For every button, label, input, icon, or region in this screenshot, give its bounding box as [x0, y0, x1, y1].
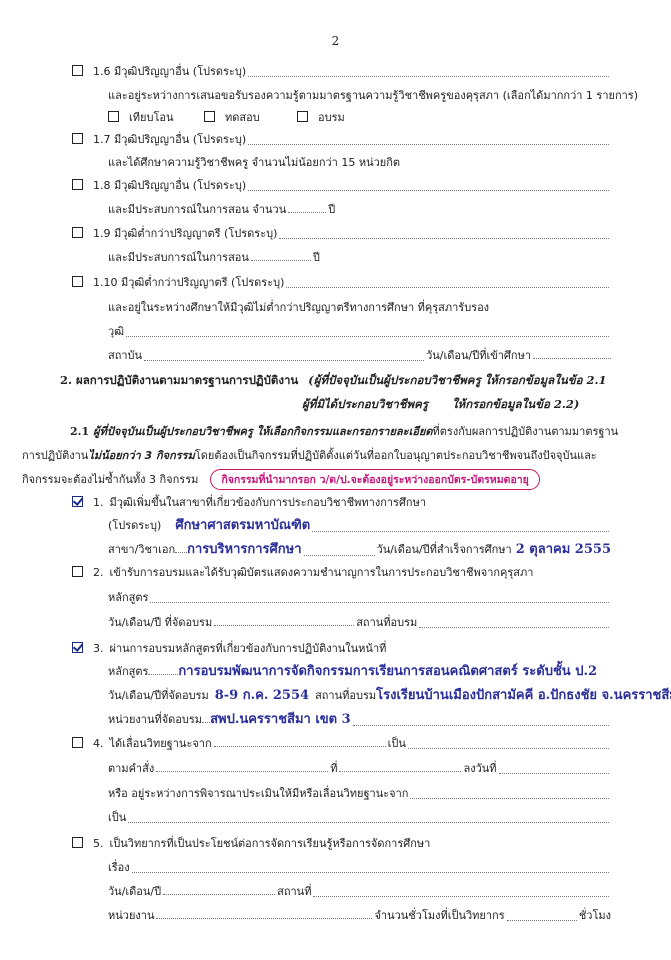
- item-1-9-detail: และมีประสบการณ์ในการสอน: [108, 248, 249, 266]
- activity-5-topic-row: เรื่อง: [108, 858, 611, 876]
- page-number: 2: [0, 34, 671, 48]
- activity-4-at-label: ที่: [330, 759, 337, 777]
- item-1-6-options: เทียบโอน ทดสอบ อบรม: [108, 108, 345, 126]
- sub-2-1-num: 2.1: [70, 425, 89, 438]
- activity-2-date-label: วัน/เดือน/ปี ที่จัดอบรม: [108, 613, 212, 631]
- sub-2-1-line2-a: การปฏิบัติงาน: [22, 446, 88, 464]
- activity-4-order-field[interactable]: [156, 771, 328, 772]
- option-training-label: อบรม: [318, 108, 345, 126]
- item-1-10-degree-row: วุฒิ: [108, 322, 611, 340]
- checkbox-transfer[interactable]: [108, 111, 119, 122]
- activity-2-date-field[interactable]: [214, 625, 354, 626]
- activity-1-major-row: สาขา/วิชาเอก การบริหารการศึกษา วัน/เดือน…: [108, 538, 611, 559]
- activity-4-pending-field[interactable]: [410, 797, 609, 799]
- activity-3: 3. ผ่านการอบรมหลักสูตรที่เกี่ยวข้องกับกา…: [72, 639, 386, 657]
- item-1-10-field[interactable]: [286, 286, 609, 288]
- activity-5-date-field[interactable]: [163, 894, 275, 895]
- item-1-10-detail: และอยู่ในระหว่างศึกษาให้มีวุฒิไม่ต่ำกว่า…: [108, 298, 489, 316]
- activity-3-num: 3.: [93, 642, 104, 655]
- sub-2-1-bold: ผู้ที่ปัจจุบันเป็นผู้ประกอบวิชาชีพครู ให…: [93, 422, 432, 440]
- item-1-6: 1.6 มีวุฒิปริญญาอื่น (โปรดระบุ): [72, 62, 611, 80]
- section-2-note-2a: ผู้ที่มิได้ประกอบวิชาชีพครู: [302, 396, 430, 414]
- checkbox-activity-1[interactable]: [72, 496, 83, 507]
- activity-5-hours-unit: ชั่วโมง: [579, 906, 611, 924]
- activity-3-place-value[interactable]: โรงเรียนบ้านเมืองปักสามัคคี อ.ปักธงชัย จ…: [376, 684, 671, 705]
- degree-field[interactable]: [126, 335, 609, 337]
- activity-4-dated-label: ลงวันที่: [463, 759, 496, 777]
- option-test-label: ทดสอบ: [225, 108, 297, 126]
- item-1-8-field[interactable]: [248, 189, 609, 191]
- option-transfer-label: เทียบโอน: [129, 108, 204, 126]
- checkbox-1-9[interactable]: [72, 227, 83, 238]
- institution-field[interactable]: [144, 359, 424, 361]
- item-1-9-years-unit: ปี: [313, 248, 320, 266]
- activity-3-course-row: หลักสูตร การอบรมพัฒนาการจัดกิจกรรมการเรี…: [108, 660, 611, 681]
- dotted-line: [353, 724, 609, 726]
- sub-2-1-row-2: การปฏิบัติงาน ไม่น้อยกว่า 3 กิจกรรม โดยต…: [22, 446, 597, 464]
- activity-3-place-label: สถานที่อบรม: [315, 686, 376, 704]
- activity-4-pending-to-field[interactable]: [128, 821, 609, 823]
- institution-label: สถาบัน: [108, 346, 142, 364]
- section-2-note-1: (ผู้ที่ปัจจุบันเป็นผู้ประกอบวิชาชีพครู ใ…: [308, 372, 606, 390]
- activity-2-course-field[interactable]: [150, 601, 609, 603]
- item-1-7: 1.7 มีวุฒิปริญญาอื่น (โปรดระบุ): [72, 130, 611, 148]
- checkbox-1-8[interactable]: [72, 179, 83, 190]
- enroll-date-label: วัน/เดือน/ปีที่เข้าศึกษา: [426, 346, 531, 364]
- annotation-note: กิจกรรมที่นำมากรอก ว/ด/ป.จะต้องอยู่ระหว่…: [210, 469, 539, 490]
- activity-2-place-field[interactable]: [419, 626, 609, 628]
- dotted-line: [304, 554, 375, 556]
- item-1-6-label: 1.6 มีวุฒิปริญญาอื่น (โปรดระบุ): [93, 62, 246, 80]
- section-2-heading: 2. ผลการปฏิบัติงานตามมาตรฐานการปฏิบัติงา…: [60, 372, 298, 390]
- activity-4-from-field[interactable]: [214, 746, 386, 747]
- item-1-9-field[interactable]: [279, 237, 609, 239]
- activity-1-specify-row: (โปรดระบุ) ศึกษาศาสตรมหาบัณฑิต: [108, 514, 611, 535]
- item-1-7-label: 1.7 มีวุฒิปริญญาอื่น (โปรดระบุ): [93, 130, 246, 148]
- item-1-8-label: 1.8 มีวุฒิปริญญาอื่น (โปรดระบุ): [93, 176, 246, 194]
- activity-1: 1. มีวุฒิเพิ่มขึ้นในสาขาที่เกี่ยวข้องกับ…: [72, 493, 426, 511]
- activity-3-date-row: วัน/เดือน/ปีที่จัดอบรม 8-9 ก.ค. 2554 สถา…: [108, 684, 631, 705]
- item-1-8-detail: และมีประสบการณ์ในการสอน จำนวน: [108, 200, 286, 218]
- item-1-8: 1.8 มีวุฒิปริญญาอื่น (โปรดระบุ): [72, 176, 611, 194]
- activity-3-date-value[interactable]: 8-9 ก.ค. 2554: [215, 684, 309, 705]
- dotted-line: [175, 552, 187, 553]
- dotted-line: [202, 722, 210, 723]
- sub-2-1-rest: ที่ตรงกับผลการปฏิบัติงานตามมาตรฐาน: [433, 422, 619, 440]
- activity-4-to-label: เป็น: [388, 734, 406, 752]
- activity-2-course-row: หลักสูตร: [108, 588, 611, 606]
- item-1-9-label: 1.9 มีวุฒิต่ำกว่าปริญญาตรี (โปรดระบุ): [93, 224, 277, 242]
- sub-2-1-line2-bold: ไม่น้อยกว่า 3 กิจกรรม: [88, 446, 195, 464]
- activity-4-to-field[interactable]: [408, 747, 609, 749]
- item-1-9: 1.9 มีวุฒิต่ำกว่าปริญญาตรี (โปรดระบุ): [72, 224, 611, 242]
- activity-3-date-label: วัน/เดือน/ปีที่จัดอบรม: [108, 686, 209, 704]
- activity-1-title: มีวุฒิเพิ่มขึ้นในสาขาที่เกี่ยวข้องกับการ…: [110, 493, 427, 511]
- activity-2-num: 2.: [93, 566, 104, 579]
- activity-4-order-row: ตามคำสั่ง ที่ ลงวันที่: [108, 759, 611, 777]
- item-1-10: 1.10 มีวุฒิต่ำกว่าปริญญาตรี (โปรดระบุ): [72, 273, 611, 291]
- checkbox-1-10[interactable]: [72, 276, 83, 287]
- checkbox-test[interactable]: [204, 111, 215, 122]
- activity-5-topic-field[interactable]: [132, 871, 609, 873]
- item-1-8-years-field[interactable]: [288, 212, 326, 213]
- sub-2-1-row-3: กิจกรรมจะต้องไม่ซ้ำกันทั้ง 3 กิจกรรม กิจ…: [22, 469, 540, 490]
- sub-2-1-line2-b: โดยต้องเป็นกิจกรรมที่ปฏิบัติตั้งแต่วันที…: [195, 446, 597, 464]
- checkbox-1-6[interactable]: [72, 65, 83, 76]
- item-1-9-years-field[interactable]: [251, 260, 311, 261]
- activity-2-title: เข้ารับการอบรมและได้รับวุฒิบัตรแสดงความช…: [110, 563, 534, 581]
- activity-3-course-value[interactable]: การอบรมพัฒนาการจัดกิจกรรมการเรียนการสอนค…: [178, 660, 597, 681]
- activity-4-title: ได้เลื่อนวิทยฐานะจาก: [110, 734, 212, 752]
- item-1-6-field[interactable]: [248, 75, 609, 77]
- checkbox-activity-5[interactable]: [72, 837, 83, 848]
- activity-5-date-label: วัน/เดือน/ปี: [108, 882, 161, 900]
- activity-1-grad-date-value[interactable]: 2 ตุลาคม 2555: [516, 538, 611, 559]
- activity-4-dated-field[interactable]: [499, 772, 609, 774]
- activity-5-num: 5.: [93, 837, 104, 850]
- activity-5-topic-label: เรื่อง: [108, 858, 130, 876]
- dotted-line: [148, 674, 178, 675]
- activity-2-course-label: หลักสูตร: [108, 588, 148, 606]
- checkbox-1-7[interactable]: [72, 133, 83, 144]
- activity-3-title: ผ่านการอบรมหลักสูตรที่เกี่ยวข้องกับการปฏ…: [110, 639, 387, 657]
- section-2-note-2b: ให้กรอกข้อมูลในข้อ 2.2): [452, 396, 579, 414]
- sub-2-1-line3: กิจกรรมจะต้องไม่ซ้ำกันทั้ง 3 กิจกรรม: [22, 470, 198, 488]
- activity-3-org-value[interactable]: สพป.นครราชสีมา เขต 3: [210, 708, 351, 729]
- activity-5-hours-label: จำนวนชั่วโมงที่เป็นวิทยากร: [374, 906, 504, 924]
- activity-5: 5. เป็นวิทยากรที่เป็นประโยชน์ต่อการจัดกา…: [72, 834, 430, 852]
- activity-1-major-value[interactable]: การบริหารการศึกษา: [187, 538, 301, 559]
- activity-4-pending-to-label: เป็น: [108, 808, 126, 826]
- item-1-10-label: 1.10 มีวุฒิต่ำกว่าปริญญาตรี (โปรดระบุ): [93, 273, 284, 291]
- activity-4: 4. ได้เลื่อนวิทยฐานะจาก เป็น: [72, 734, 611, 752]
- item-1-8-years-unit: ปี: [328, 200, 335, 218]
- activity-2-place-label: สถานที่อบรม: [356, 613, 417, 631]
- activity-1-num: 1.: [93, 496, 104, 509]
- activity-3-org-row: หน่วยงานที่จัดอบรม สพป.นครราชสีมา เขต 3: [108, 708, 611, 729]
- item-1-7-field[interactable]: [248, 143, 609, 145]
- activity-4-num: 4.: [93, 737, 104, 750]
- activity-2: 2. เข้ารับการอบรมและได้รับวุฒิบัตรแสดงคว…: [72, 563, 533, 581]
- item-1-9-detail-row: และมีประสบการณ์ในการสอน ปี: [108, 248, 320, 266]
- item-1-10-detail-row: และอยู่ในระหว่างศึกษาให้มีวุฒิไม่ต่ำกว่า…: [108, 298, 489, 316]
- activity-1-specify-value[interactable]: ศึกษาศาสตรมหาบัณฑิต: [175, 514, 310, 535]
- activity-4-pending-row: หรือ อยู่ระหว่างการพิจารณาประเมินให้มีหร…: [108, 784, 611, 802]
- activity-5-place-label: สถานที่: [277, 882, 311, 900]
- activity-1-major-label: สาขา/วิชาเอก: [108, 540, 175, 558]
- activity-5-title: เป็นวิทยากรที่เป็นประโยชน์ต่อการจัดการเร…: [110, 834, 431, 852]
- activity-5-org-label: หน่วยงาน: [108, 906, 154, 924]
- checkbox-activity-4[interactable]: [72, 737, 83, 748]
- checkbox-activity-3[interactable]: [72, 642, 83, 653]
- activity-3-org-label: หน่วยงานที่จัดอบรม: [108, 710, 202, 728]
- activity-1-specify-label: (โปรดระบุ): [108, 516, 161, 534]
- activity-5-date-row: วัน/เดือน/ปี สถานที่: [108, 882, 611, 900]
- item-1-6-detail-row: และอยู่ระหว่างการเสนอขอรับรองความรู้ตามม…: [108, 86, 638, 104]
- checkbox-activity-2[interactable]: [72, 566, 83, 577]
- activity-4-order-label: ตามคำสั่ง: [108, 759, 154, 777]
- sub-2-1-row-1: 2.1 ผู้ที่ปัจจุบันเป็นผู้ประกอบวิชาชีพคร…: [70, 422, 618, 440]
- item-1-8-detail-row: และมีประสบการณ์ในการสอน จำนวน ปี: [108, 200, 335, 218]
- activity-4-pending-label: หรือ อยู่ระหว่างการพิจารณาประเมินให้มีหร…: [108, 784, 408, 802]
- activity-1-grad-date-label: วัน/เดือน/ปีที่สำเร็จการศึกษา: [377, 540, 512, 558]
- activity-2-date-row: วัน/เดือน/ปี ที่จัดอบรม สถานที่อบรม: [108, 613, 611, 631]
- activity-5-org-field[interactable]: [156, 918, 372, 919]
- item-1-7-detail: และได้ศึกษาความรู้วิชาชีพครู จำนวนไม่น้อ…: [108, 153, 400, 171]
- enroll-date-field[interactable]: [533, 358, 611, 359]
- activity-3-course-label: หลักสูตร: [108, 662, 148, 680]
- item-1-6-detail: และอยู่ระหว่างการเสนอขอรับรองความรู้ตามม…: [108, 86, 638, 104]
- activity-4-pending-to-row: เป็น: [108, 808, 611, 826]
- activity-4-at-field[interactable]: [339, 771, 461, 772]
- activity-5-place-field[interactable]: [313, 895, 609, 897]
- section-2-heading-row: 2. ผลการปฏิบัติงานตามมาตรฐานการปฏิบัติงา…: [60, 372, 606, 390]
- activity-5-hours-field[interactable]: [507, 919, 577, 921]
- item-1-10-institution-row: สถาบัน วัน/เดือน/ปีที่เข้าศึกษา: [108, 346, 611, 364]
- degree-label: วุฒิ: [108, 322, 124, 340]
- dotted-line: [312, 530, 609, 532]
- checkbox-training[interactable]: [297, 111, 308, 122]
- section-2-heading-row-2: ผู้ที่มิได้ประกอบวิชาชีพครู ให้กรอกข้อมู…: [302, 396, 579, 414]
- item-1-7-detail-row: และได้ศึกษาความรู้วิชาชีพครู จำนวนไม่น้อ…: [108, 153, 400, 171]
- activity-5-org-row: หน่วยงาน จำนวนชั่วโมงที่เป็นวิทยากร ชั่ว…: [108, 906, 611, 924]
